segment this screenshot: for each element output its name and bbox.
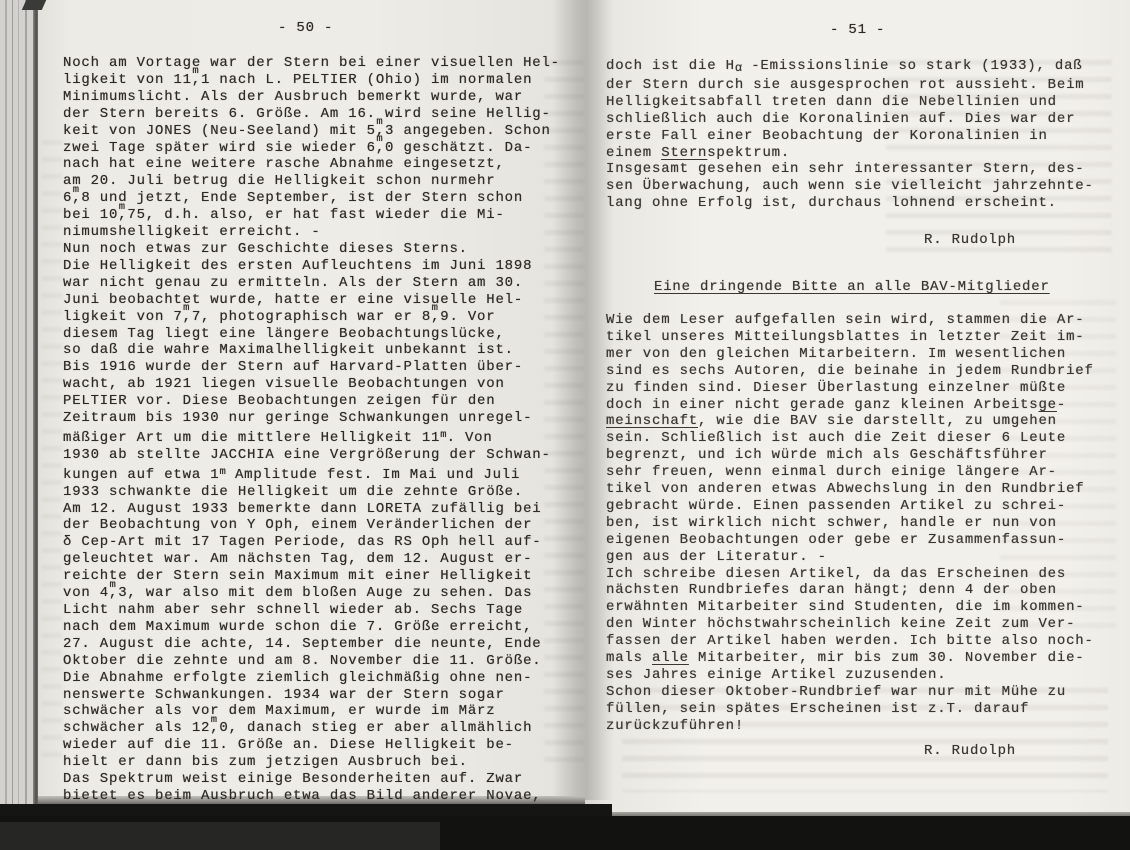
text-line: gen aus der Literatur. - — [606, 549, 1118, 566]
text-line: der Beobachtung von Y Oph, einem Verände… — [63, 517, 575, 534]
text-line: wacht, ab 1921 liegen visuelle Beobachtu… — [63, 376, 575, 393]
text-line: sein. Schließlich ist auch die Zeit dies… — [606, 430, 1118, 447]
text-line: zurückzuführen! — [606, 718, 1118, 735]
text-line: Minimumslicht. Als der Ausbruch bemerkt … — [63, 89, 575, 106]
text-line: Die Abnahme erfolgte ziemlich gleichmäßi… — [63, 670, 575, 687]
text-line: 1933 schwankte die Helligkeit um die zeh… — [63, 484, 575, 501]
text-line: von 4m,3, war also mit dem bloßen Auge z… — [63, 585, 575, 602]
text-line: Insgesamt gesehen ein sehr interessanter… — [606, 161, 1118, 178]
page-edge-line — [18, 0, 19, 804]
text-line: der Stern bereits 6. Größe. Am 16. wird … — [63, 106, 575, 123]
text-line: sind es sechs Autoren, die beinahe in je… — [606, 363, 1118, 380]
text-line: so daß die wahre Maximalhelligkeit unbek… — [63, 342, 575, 359]
text-line: 6m,8 und jetzt, Ende September, ist der … — [63, 190, 575, 207]
text-line: schwächer als 12m,0, danach stieg er abe… — [63, 720, 575, 737]
text-line: 1930 ab stellte JACCHIA eine Vergrößerun… — [63, 447, 575, 464]
page-number-50: - 50 - — [278, 20, 333, 37]
text-line: Oktober die zehnte und am 8. November di… — [63, 653, 575, 670]
text-line: Licht nahm aber sehr schnell wieder ab. … — [63, 602, 575, 619]
text-line: der Stern durch sie ausgesprochen rot au… — [606, 77, 1118, 94]
text-line: wieder auf die 11. Größe an. Diese Helli… — [63, 737, 575, 754]
text-line: nach dem Maximum wurde schon die 7. Größ… — [63, 619, 575, 636]
text-line: hielt er dann bis zum jetzigen Ausbruch … — [63, 754, 575, 771]
page-edge-line — [12, 0, 13, 804]
text-line: tikel von anderen etwas Abwechslung in d… — [606, 481, 1118, 498]
text-line: Zeitraum bis 1930 nur geringe Schwankung… — [63, 410, 575, 427]
text-line: Bis 1916 wurde der Stern auf Harvard-Pla… — [63, 359, 575, 376]
text-line: Helligkeitsabfall treten dann die Nebell… — [606, 94, 1118, 111]
text-line: Ich schreibe diesen Artikel, da das Ersc… — [606, 566, 1118, 583]
text-line: 27. August die achte, 14. September die … — [63, 636, 575, 653]
text-line: erste Fall einer Beobachtung der Koronal… — [606, 128, 1118, 145]
text-line: erwähnten Mitarbeiter sind Studenten, di… — [606, 599, 1118, 616]
text-line: zu finden sind. Dieser Überlastung einze… — [606, 380, 1118, 397]
text-line: bietet es beim Ausbruch etwa das Bild an… — [63, 788, 575, 805]
bleed-through-artifact — [42, 140, 62, 760]
text-line: nächsten Rundbriefes daran hängt; denn 4… — [606, 582, 1118, 599]
text-line: tikel unseres Mitteilungsblattes in letz… — [606, 329, 1118, 346]
text-line: sen Überwachung, auch wenn sie vielleich… — [606, 178, 1118, 195]
text-line: Juni beobachtet wurde, hatte er eine vis… — [63, 292, 575, 309]
text-line: eigenen Beobachtungen oder gebe er Zusam… — [606, 532, 1118, 549]
text-line: mäßiger Art um die mittlere Helligkeit 1… — [63, 427, 575, 447]
paragraph: Wie dem Leser aufgefallen sein wird, sta… — [606, 312, 1118, 735]
text-line: Nun noch etwas zur Geschichte dieses Ste… — [63, 241, 575, 258]
paragraph: doch ist die Hα -Emissionslinie so stark… — [606, 58, 1118, 212]
text-line: mals alle Mitarbeiter, mir bis zum 30. N… — [606, 650, 1118, 667]
text-line: mer von den gleichen Mitarbeitern. Im we… — [606, 346, 1118, 363]
text-line: ligkeit von 7m,7, photographisch war er … — [63, 309, 575, 326]
text-line: nimumshelligkeit erreicht. - — [63, 224, 575, 241]
text-line: füllen, sein spätes Erscheinen ist z.T. … — [606, 701, 1118, 718]
text-line: Noch am Vortage war der Stern bei einer … — [63, 55, 575, 72]
page-stack-edge — [0, 0, 38, 804]
text-line: Schon dieser Oktober-Rundbrief war nur m… — [606, 684, 1118, 701]
text-line: zwei Tage später wird sie wieder 6m,0 ge… — [63, 140, 575, 157]
text-line: ses Jahres einige Artikel zuzusenden. — [606, 667, 1118, 684]
section-heading: Eine dringende Bitte an alle BAV-Mitglie… — [654, 279, 1118, 296]
text-line: doch in einer nicht gerade ganz kleinen … — [606, 397, 1118, 414]
text-line: lang ohne Erfolg ist, durchaus lohnend e… — [606, 195, 1118, 212]
text-line: Die Helligkeit des ersten Aufleuchtens i… — [63, 258, 575, 275]
text-line: am 20. Juli betrug die Helligkeit schon … — [63, 173, 575, 190]
text-line: schließlich auch die Koronalinien auf. D… — [606, 111, 1118, 128]
text-line: meinschaft, wie die BAV sie darstellt, z… — [606, 413, 1118, 430]
text-line: nach hat eine weitere rasche Abnahme ein… — [63, 156, 575, 173]
text-line: begrenzt, und ich würde mich als Geschäf… — [606, 447, 1118, 464]
text-line: kungen auf etwa 1m Amplitude fest. Im Ma… — [63, 464, 575, 484]
scanned-book-spread: - 50 - - 51 - Noch am Vortage war der St… — [0, 0, 1130, 850]
page-51-text-column: doch ist die Hα -Emissionslinie so stark… — [606, 58, 1118, 760]
text-line: den Winter höchstwahrscheinlich keine Ze… — [606, 616, 1118, 633]
text-line: nenswerte Schwankungen. 1934 war der Ste… — [63, 687, 575, 704]
text-line: keit von JONES (Neu-Seeland) mit 5m,3 an… — [63, 123, 575, 140]
text-line: Das Spektrum weist einige Besonderheiten… — [63, 771, 575, 788]
text-line: fassen der Artikel haben werden. Ich bit… — [606, 633, 1118, 650]
text-line: einem Sternspektrum. — [606, 145, 1118, 162]
signature: R. Rudolph — [924, 232, 1118, 249]
page-edge-line — [25, 0, 27, 804]
text-line: δ Cep-Art mit 17 Tagen Periode, das RS O… — [63, 534, 575, 551]
paragraph: Noch am Vortage war der Stern bei einer … — [63, 55, 575, 805]
text-line: schwächer als vor dem Maximum, er wurde … — [63, 703, 575, 720]
text-line: diesem Tag liegt eine längere Beobachtun… — [63, 326, 575, 343]
signature: R. Rudolph — [924, 743, 1118, 760]
text-line: sehr freuen, wenn einmal durch einige lä… — [606, 464, 1118, 481]
page-edge-line — [5, 0, 7, 804]
text-line: war nicht genau zu ermitteln. Als der St… — [63, 275, 575, 292]
page-number-51: - 51 - — [830, 22, 885, 39]
text-line: PELTIER vor. Diese Beobachtungen zeigen … — [63, 393, 575, 410]
text-line: bei 10m,75, d.h. also, er hat fast wiede… — [63, 207, 575, 224]
text-line: doch ist die Hα -Emissionslinie so stark… — [606, 58, 1118, 77]
text-line: ligkeit von 11m,1 nach L. PELTIER (Ohio)… — [63, 72, 575, 89]
text-line: Wie dem Leser aufgefallen sein wird, sta… — [606, 312, 1118, 329]
text-line: gebracht würde. Einen passenden Artikel … — [606, 498, 1118, 515]
text-line: geleuchtet war. Am nächsten Tag, dem 12.… — [63, 551, 575, 568]
text-line: Am 12. August 1933 bemerkte dann LORETA … — [63, 501, 575, 518]
text-line: reichte der Stern sein Maximum mit einer… — [63, 568, 575, 585]
scan-background-strip — [0, 822, 440, 850]
text-line: ben, ist wirklich nicht schwer, handle e… — [606, 515, 1118, 532]
page-50-text-column: Noch am Vortage war der Stern bei einer … — [63, 55, 575, 805]
